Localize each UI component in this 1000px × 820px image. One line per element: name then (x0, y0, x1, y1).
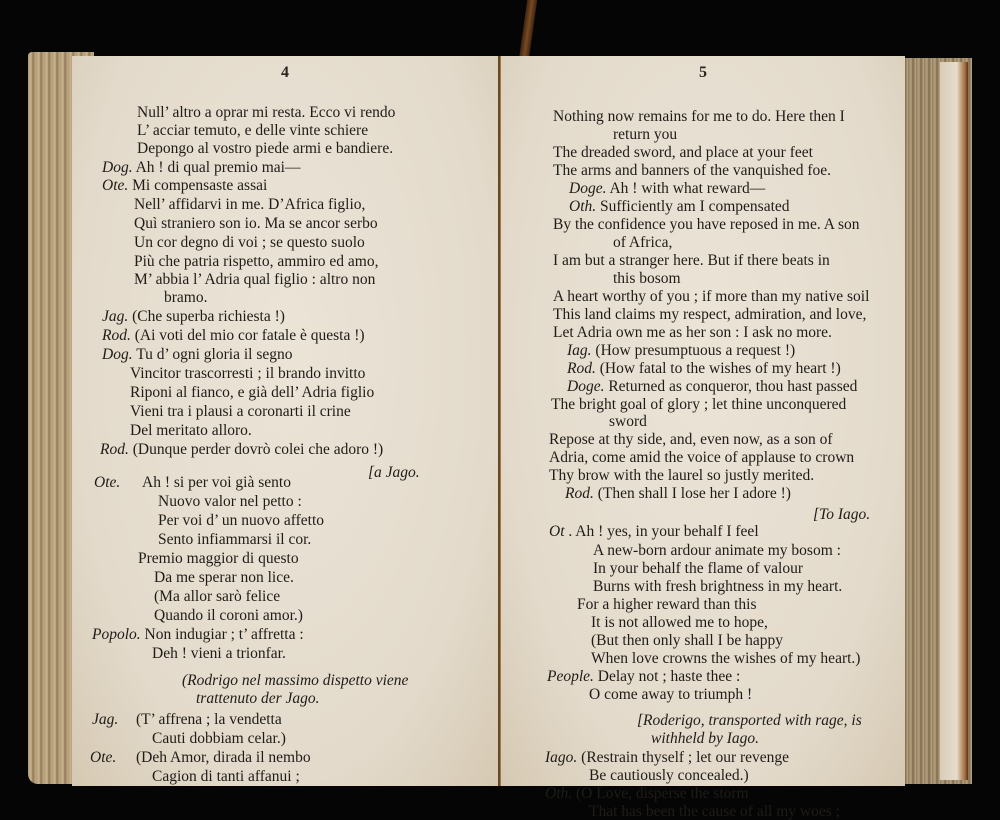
text-line: Let Adria own me as her son : I ask no m… (553, 324, 832, 342)
line-text: A heart worthy of you ; if more than my … (553, 288, 869, 305)
line-text: (But then only shall I be happy (591, 632, 783, 649)
line-text: . Ah ! yes, in your behalf I feel (568, 523, 758, 540)
text-line: Ote. (90, 749, 116, 767)
line-text: The dreaded sword, and place at your fee… (553, 144, 813, 161)
text-line: Rod. (Ai voti del mio cor fatale è quest… (102, 327, 365, 345)
speaker-name: Rod. (567, 360, 596, 377)
text-line: Iago. (Restrain thyself ; let our reveng… (545, 749, 789, 767)
line-text: [To Iago. (813, 506, 870, 523)
text-line: Dog. Ah ! di qual premio mai— (102, 159, 300, 177)
line-text: O come away to triumph ! (589, 686, 752, 703)
line-text: Non indugiar ; t’ affretta : (145, 626, 304, 643)
line-text: For a higher reward than this (577, 596, 757, 613)
text-line: L’ acciar temuto, e delle vinte schiere (137, 122, 368, 140)
line-text: (Deh Amor, dirada il nembo (136, 749, 311, 766)
text-line: Riponi al fianco, e già dell’ Adria figl… (130, 384, 374, 402)
right-page: 5 Nothing now remains for me to do. Here… (500, 56, 905, 786)
text-line: I am but a stranger here. But if there b… (553, 252, 830, 270)
text-line: Thy brow with the laurel so justly merit… (549, 467, 814, 485)
text-line: Premio maggior di questo (138, 550, 299, 568)
line-text: [Roderigo, transported with rage, is (637, 712, 862, 729)
line-text: [a Jago. (368, 464, 420, 481)
line-text: Nuovo valor nel petto : (158, 493, 302, 510)
line-text: Returned as conqueror, thou hast passed (608, 378, 857, 395)
line-text: (T’ affrena ; la vendetta (136, 711, 282, 728)
line-text: Cauti dobbiam celar.) (152, 730, 286, 747)
text-line: (Deh Amor, dirada il nembo (136, 749, 311, 767)
text-line: Da me sperar non lice. (154, 569, 294, 587)
speaker-name: Dog. (102, 346, 133, 363)
line-text: Deh ! vieni a trionfar. (152, 645, 286, 662)
line-text: The bright goal of glory ; let thine unc… (551, 396, 846, 413)
line-text: Un cor degno di voi ; se questo suolo (134, 234, 365, 251)
line-text: Premio maggior di questo (138, 550, 299, 567)
text-line: Nothing now remains for me to do. Here t… (553, 108, 845, 126)
text-line: of Africa, (613, 234, 672, 252)
text-line: Popolo. Non indugiar ; t’ affretta : (92, 626, 304, 644)
text-line: Oth. (O Love, disperse the storm (545, 785, 749, 803)
line-text: (O Love, disperse the storm (576, 785, 749, 802)
line-text: This land claims my respect, admiration,… (553, 306, 866, 323)
line-text: Be cautiously concealed.) (589, 767, 749, 784)
text-line: In your behalf the flame of valour (593, 560, 803, 578)
page-number: 5 (501, 64, 905, 82)
line-text: Tu d’ ogni gloria il segno (136, 346, 292, 363)
line-text: I am but a stranger here. But if there b… (553, 252, 830, 269)
line-text: That has been the cause of all my woes ; (589, 803, 840, 820)
line-text: Ah ! di qual premio mai— (136, 159, 301, 176)
line-text: Delay not ; haste thee : (598, 668, 740, 685)
text-line: This land claims my respect, admiration,… (553, 306, 866, 324)
line-text: sword (609, 413, 647, 430)
line-text: Sufficiently am I compensated (600, 198, 790, 215)
line-text: Ah ! with what reward— (609, 180, 765, 197)
line-text: (Dunque perder dovrò colei che adoro !) (133, 441, 383, 458)
line-text: Più che patria rispetto, ammiro ed amo, (134, 253, 379, 270)
line-text: Nothing now remains for me to do. Here t… (553, 108, 845, 125)
line-text: Del meritato alloro. (130, 422, 252, 439)
line-text: Nell’ affidarvi in me. D’Africa figlio, (134, 196, 365, 213)
text-line: this bosom (613, 270, 681, 288)
text-line: Nuovo valor nel petto : (158, 493, 302, 511)
line-text: Per voi d’ un nuovo affetto (158, 512, 324, 529)
line-text: (How presumptuous a request !) (595, 342, 795, 359)
line-text: (Then shall I lose her I adore !) (598, 485, 791, 502)
text-line: A heart worthy of you ; if more than my … (553, 288, 869, 306)
line-text: Thy brow with the laurel so justly merit… (549, 467, 814, 484)
line-text: (Ma allor sarò felice (154, 588, 280, 605)
line-text: (Restrain thyself ; let our revenge (581, 749, 789, 766)
text-line: Rod. (Dunque perder dovrò colei che ador… (100, 441, 383, 459)
text-line: Jag. (Che superba richiesta !) (102, 308, 285, 326)
speaker-name: Doge. (567, 378, 604, 395)
text-line: bramo. (164, 289, 207, 307)
text-line: Più che patria rispetto, ammiro ed amo, (134, 253, 379, 271)
speaker-name: Rod. (102, 327, 131, 344)
text-line: Burns with fresh brightness in my heart. (593, 578, 842, 596)
text-line: sword (609, 413, 647, 431)
text-line: Null’ altro a oprar mi resta. Ecco vi re… (137, 104, 395, 122)
line-text: of Africa, (613, 234, 672, 251)
speaker-name: Iago. (545, 749, 577, 766)
text-line: (But then only shall I be happy (591, 632, 783, 650)
line-text: Vieni tra i plausi a coronarti il crine (130, 403, 351, 420)
text-line: By the confidence you have reposed in me… (553, 216, 859, 234)
text-line: Rod. (How fatal to the wishes of my hear… (567, 360, 841, 378)
text-line: A new-born ardour animate my bosom : (593, 542, 841, 560)
line-text: Quì straniero son io. Ma se ancor serbo (134, 215, 378, 232)
text-line: O come away to triumph ! (589, 686, 752, 704)
text-line: The arms and banners of the vanquished f… (553, 162, 831, 180)
line-text: Null’ altro a oprar mi resta. Ecco vi re… (137, 104, 395, 121)
line-text: (How fatal to the wishes of my heart !) (600, 360, 841, 377)
line-text: M’ abbia l’ Adria qual figlio : altro no… (134, 271, 375, 288)
speaker-name: Ote. (94, 474, 120, 491)
text-line: It is not allowed me to hope, (591, 614, 768, 632)
line-text: Burns with fresh brightness in my heart. (593, 578, 842, 595)
text-line: The bright goal of glory ; let thine unc… (551, 396, 846, 414)
text-line: Per voi d’ un nuovo affetto (158, 512, 324, 530)
line-text: Da me sperar non lice. (154, 569, 294, 586)
line-text: Repose at thy side, and, even now, as a … (549, 431, 833, 448)
speaker-name: Jag. (102, 308, 128, 325)
bookmark-ribbon (519, 0, 537, 60)
text-line: Iag. (How presumptuous a request !) (567, 342, 795, 360)
text-line: That has been the cause of all my woes ; (589, 803, 840, 820)
text-line: return you (613, 126, 677, 144)
line-text: Depongo al vostro piede armi e bandiere. (137, 140, 393, 157)
text-line: Nell’ affidarvi in me. D’Africa figlio, (134, 196, 365, 214)
line-text: In your behalf the flame of valour (593, 560, 803, 577)
text-line: Deh ! vieni a trionfar. (152, 645, 286, 663)
text-line: People. Delay not ; haste thee : (547, 668, 740, 686)
text-line: [a Jago. (368, 464, 420, 482)
speaker-name: Doge. (569, 180, 606, 197)
text-line: Ote. Mi compensaste assai (102, 177, 267, 195)
text-line: M’ abbia l’ Adria qual figlio : altro no… (134, 271, 375, 289)
text-line: Dog. Tu d’ ogni gloria il segno (102, 346, 292, 364)
text-line: Jag. (92, 711, 118, 729)
line-text: A new-born ardour animate my bosom : (593, 542, 841, 559)
text-line: Del meritato alloro. (130, 422, 252, 440)
text-line: Vincitor trascorresti ; il brando invitt… (130, 365, 365, 383)
text-line: Cauti dobbiam celar.) (152, 730, 286, 748)
text-line: When love crowns the wishes of my heart.… (591, 650, 860, 668)
line-text: Ah ! si per voi già sento (142, 474, 291, 491)
page-number: 4 (72, 64, 498, 82)
text-line: (Ma allor sarò felice (154, 588, 280, 606)
text-line: (Rodrigo nel massimo dispetto viene (182, 672, 408, 690)
speaker-name: Oth. (545, 785, 572, 802)
speaker-name: Iag. (567, 342, 592, 359)
text-line: Un cor degno di voi ; se questo suolo (134, 234, 365, 252)
line-text: return you (613, 126, 677, 143)
text-line: trattenuto der Jago. (196, 690, 320, 708)
text-line: (T’ affrena ; la vendetta (136, 711, 282, 729)
text-line: For a higher reward than this (577, 596, 757, 614)
line-text: Sento infiammarsi il cor. (158, 531, 311, 548)
text-line: Be cautiously concealed.) (589, 767, 749, 785)
text-line: Doge. Returned as conqueror, thou hast p… (567, 378, 857, 396)
speaker-name: Ote. (102, 177, 128, 194)
line-text: Vincitor trascorresti ; il brando invitt… (130, 365, 365, 382)
line-text: withheld by Iago. (651, 730, 759, 747)
text-line: Rod. (Then shall I lose her I adore !) (565, 485, 791, 503)
line-text: (Rodrigo nel massimo dispetto viene (182, 672, 408, 689)
line-text: trattenuto der Jago. (196, 690, 320, 707)
speaker-name: Oth. (569, 198, 596, 215)
line-text: Quando il coroni amor.) (154, 607, 303, 624)
left-page: 4 Null’ altro a oprar mi resta. Ecco vi … (72, 56, 500, 786)
speaker-name: People. (547, 668, 594, 685)
line-text: bramo. (164, 289, 207, 306)
text-line: Quando il coroni amor.) (154, 607, 303, 625)
text-line: Ot . Ah ! yes, in your behalf I feel (549, 523, 759, 541)
line-text: Let Adria own me as her son : I ask no m… (553, 324, 832, 341)
line-text: Adria, come amid the voice of applause t… (549, 449, 854, 466)
text-line: Sento infiammarsi il cor. (158, 531, 311, 549)
text-line: Vieni tra i plausi a coronarti il crine (130, 403, 351, 421)
speaker-name: Jag. (92, 711, 118, 728)
text-line: Repose at thy side, and, even now, as a … (549, 431, 833, 449)
line-text: When love crowns the wishes of my heart.… (591, 650, 860, 667)
text-line: Quì straniero son io. Ma se ancor serbo (134, 215, 378, 233)
line-text: (Che superba richiesta !) (132, 308, 285, 325)
text-line: Depongo al vostro piede armi e bandiere. (137, 140, 393, 158)
speaker-name: Popolo. (92, 626, 141, 643)
text-line: Cagion di tanti affanui ; (152, 768, 300, 786)
text-line: Oth. Sufficiently am I compensated (569, 198, 790, 216)
line-text: Cagion di tanti affanui ; (152, 768, 300, 785)
text-line: withheld by Iago. (651, 730, 759, 748)
line-text: (Ai voti del mio cor fatale è questa !) (135, 327, 365, 344)
text-line: Ah ! si per voi già sento (142, 474, 291, 492)
line-text: this bosom (613, 270, 681, 287)
cover-edge-right (940, 62, 968, 780)
line-text: Riponi al fianco, e già dell’ Adria figl… (130, 384, 374, 401)
speaker-name: Rod. (565, 485, 594, 502)
line-text: By the confidence you have reposed in me… (553, 216, 859, 233)
line-text: Mi compensaste assai (132, 177, 267, 194)
speaker-name: Dog. (102, 159, 133, 176)
line-text: It is not allowed me to hope, (591, 614, 768, 631)
speaker-name: Rod. (100, 441, 129, 458)
text-line: Ote. (94, 474, 120, 492)
line-text: The arms and banners of the vanquished f… (553, 162, 831, 179)
text-line: The dreaded sword, and place at your fee… (553, 144, 813, 162)
text-line: Adria, come amid the voice of applause t… (549, 449, 854, 467)
speaker-name: Ot (549, 523, 565, 540)
line-text: L’ acciar temuto, e delle vinte schiere (137, 122, 368, 139)
text-line: [Roderigo, transported with rage, is (637, 712, 862, 730)
text-line: Doge. Ah ! with what reward— (569, 180, 765, 198)
speaker-name: Ote. (90, 749, 116, 766)
text-line: [To Iago. (813, 506, 870, 524)
